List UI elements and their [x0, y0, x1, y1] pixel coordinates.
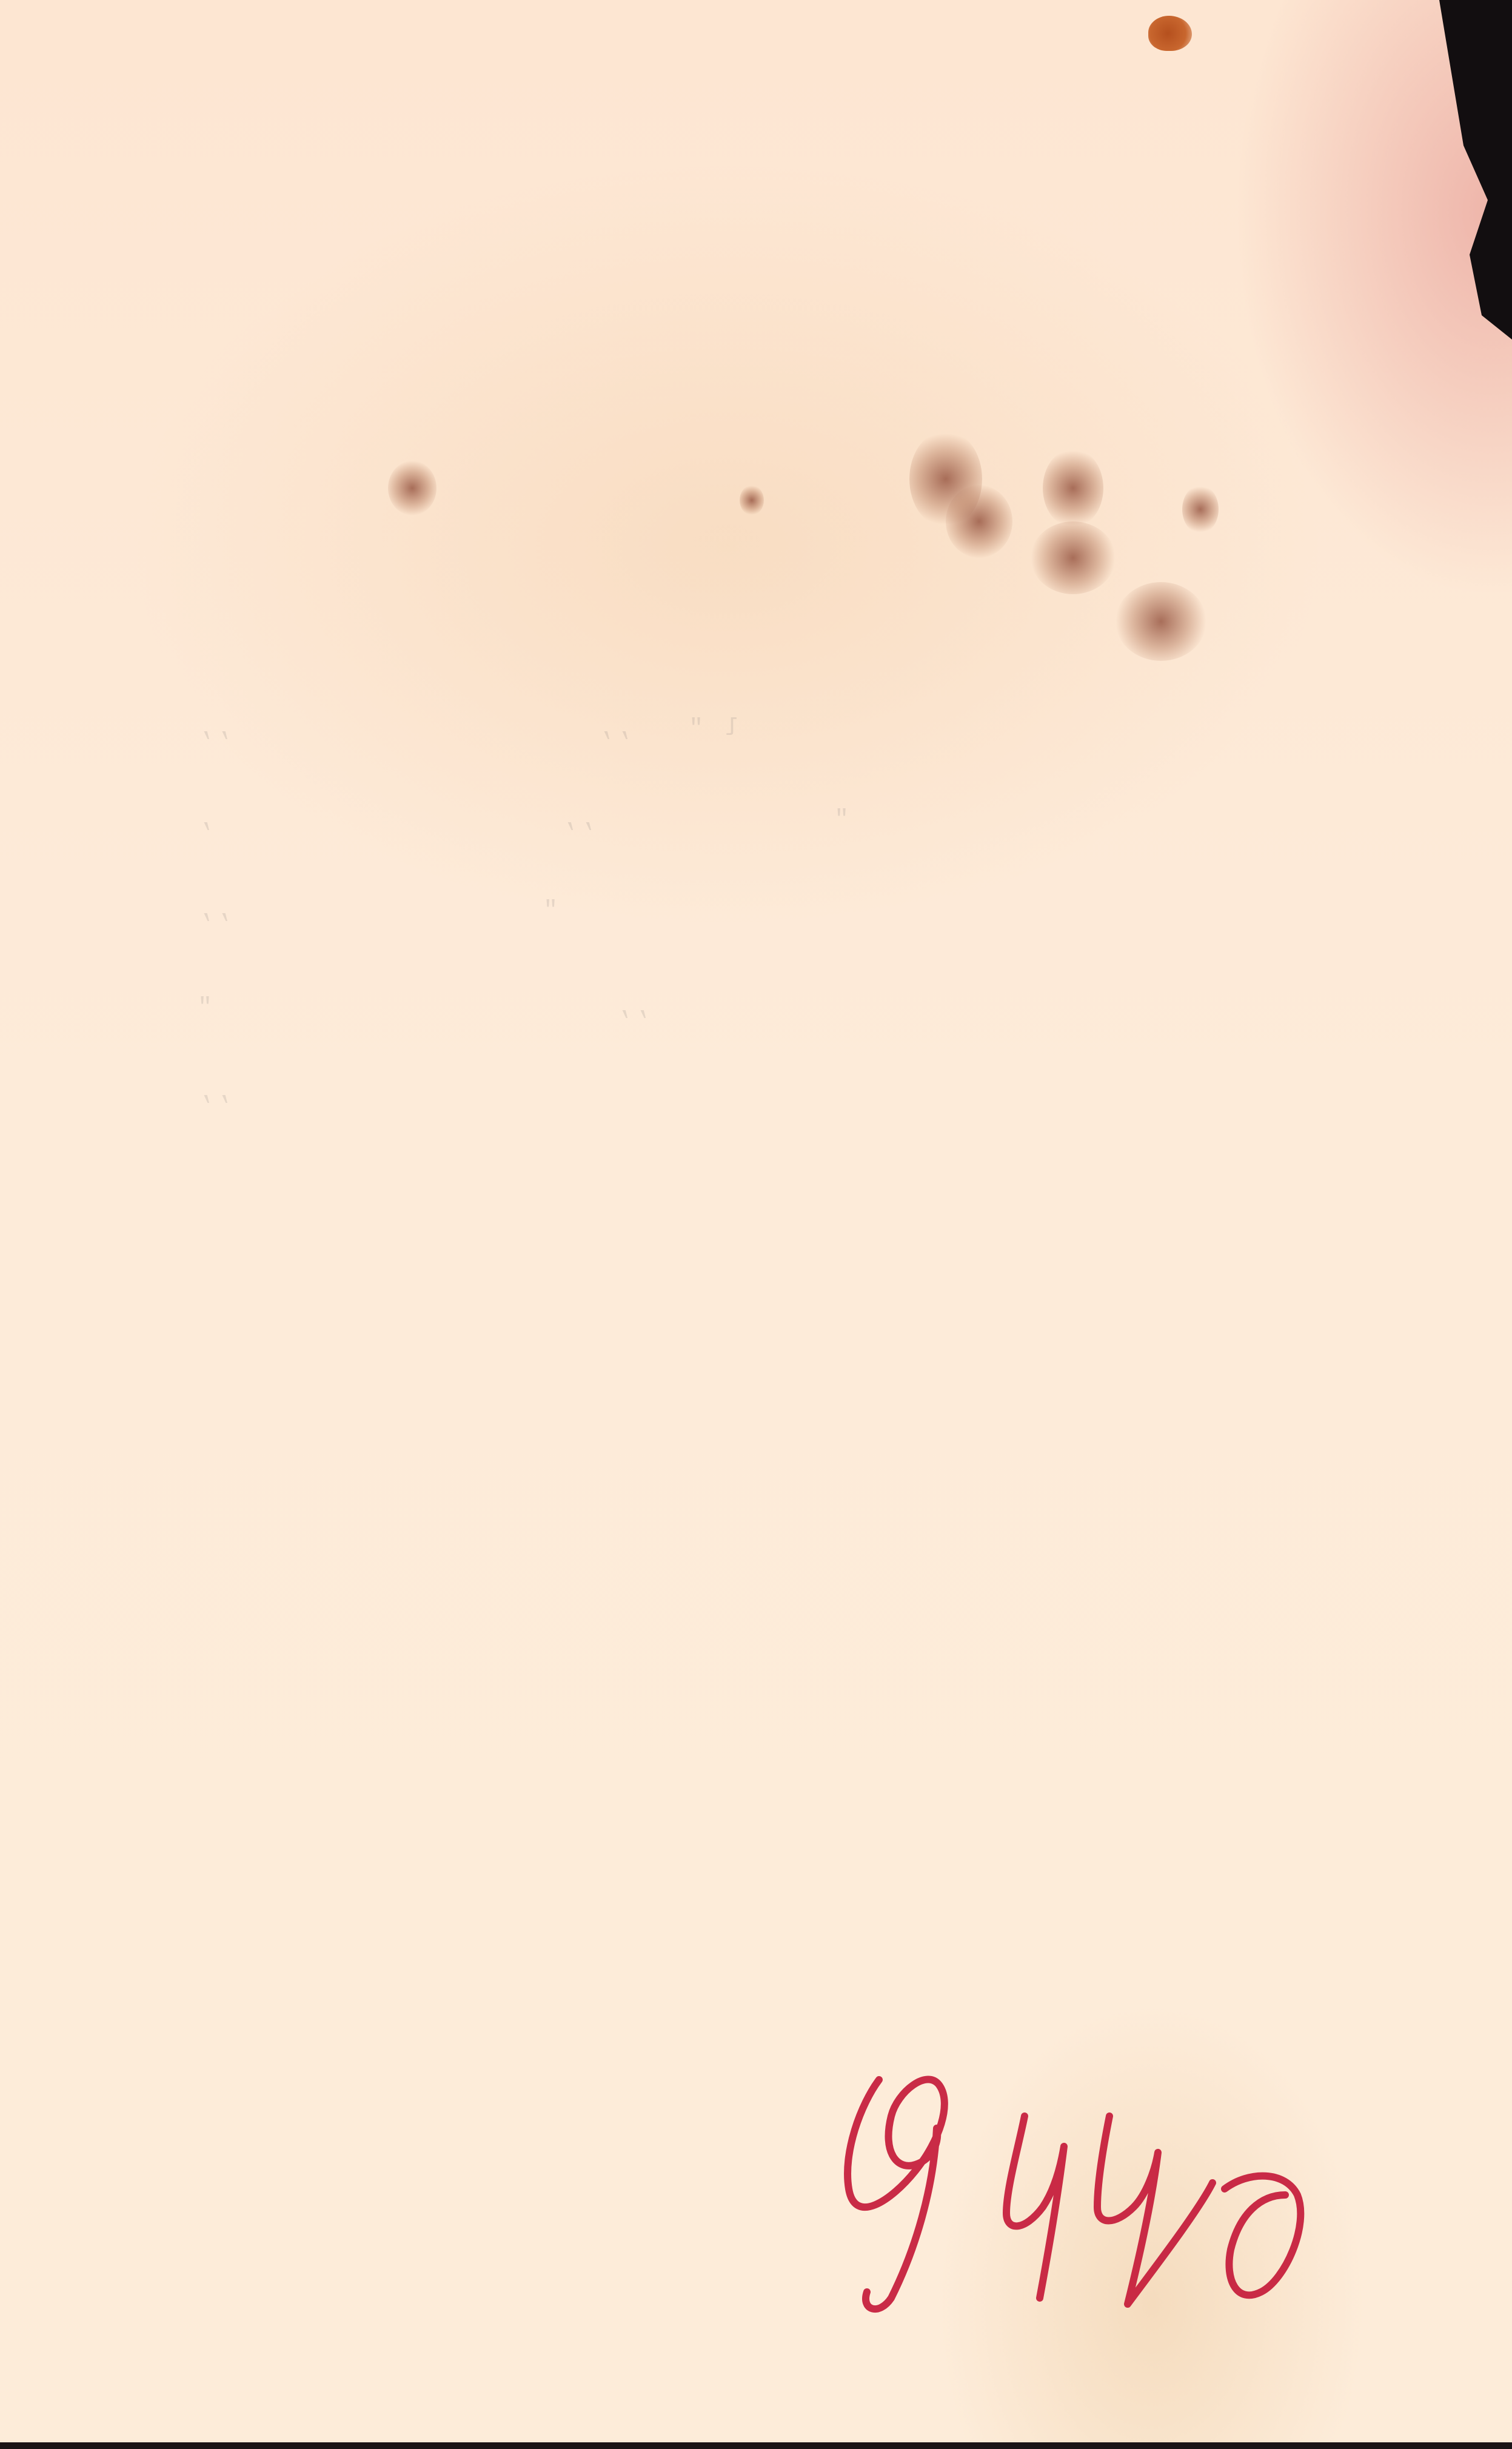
- handwritten-number: 9440: [825, 2049, 1443, 2328]
- bleed-through-text: " ,, ,: [194, 806, 849, 834]
- foxing-spot: [388, 461, 437, 515]
- foxing-spot: [1031, 521, 1116, 594]
- bleed-through-text: ,, ": [194, 994, 758, 1022]
- rust-stain: [1148, 16, 1192, 51]
- foxing-spot: [740, 485, 764, 515]
- foxing-spot: [1116, 582, 1206, 661]
- card-reverse: l " ,, ,, " ,, , " ,, ,, " ,, 9440: [0, 0, 1512, 2442]
- handwritten-9440-glyphs: [825, 2049, 1443, 2328]
- foxing-spot: [946, 485, 1012, 558]
- bleed-through-text: l " ,, ,,: [194, 715, 740, 743]
- foxing-spot: [1182, 485, 1219, 534]
- foxing-spot: [1043, 449, 1103, 528]
- bleed-through-text: ,,: [194, 1079, 430, 1107]
- bleed-through-text: " ,,: [194, 897, 685, 925]
